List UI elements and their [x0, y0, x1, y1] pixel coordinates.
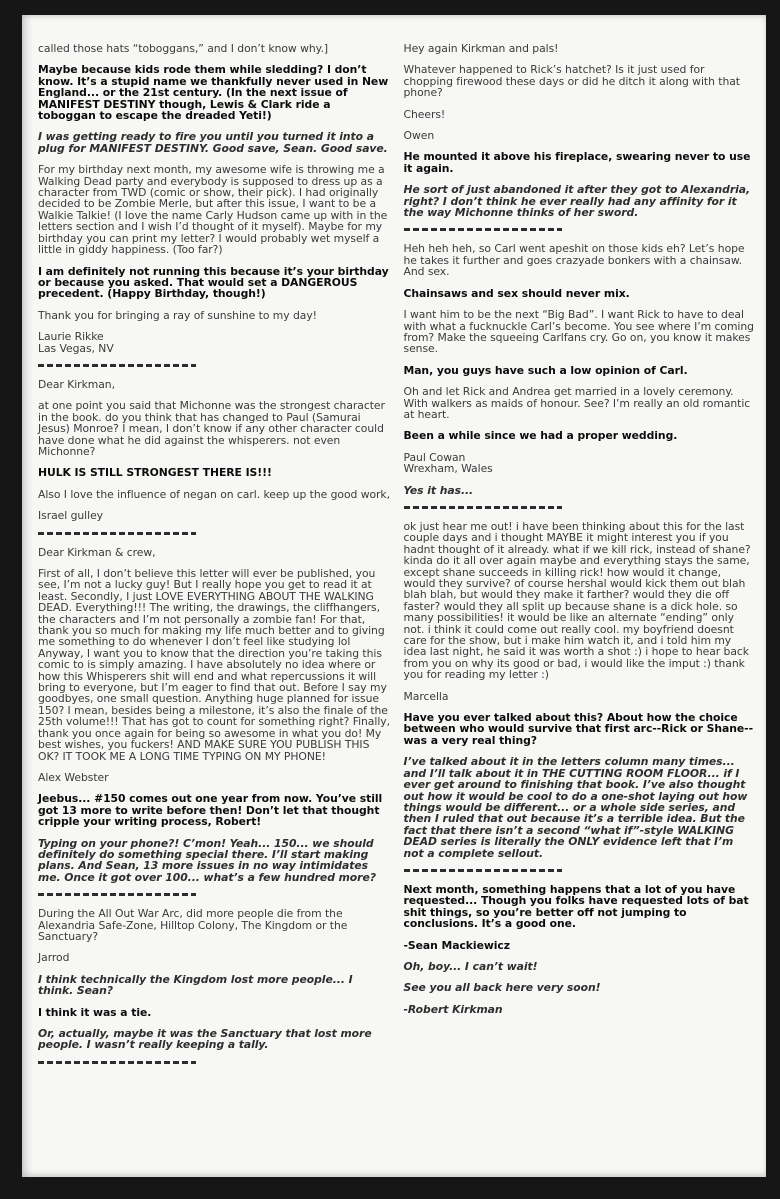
- sean-response-text: Been a while since we had a proper weddi…: [404, 430, 757, 441]
- sean-response-text: -Sean Mackiewicz: [404, 940, 757, 951]
- letter-text: Thank you for bringing a ray of sunshine…: [38, 310, 391, 321]
- letter-text: ok just hear me out! i have been thinkin…: [404, 521, 757, 681]
- section-divider: [38, 1061, 196, 1064]
- letter-text: Owen: [404, 130, 757, 141]
- letter-text: Israel gulley: [38, 510, 391, 521]
- letter-text: Alex Webster: [38, 772, 391, 783]
- letter-text: Jarrod: [38, 952, 391, 963]
- sean-response-text: HULK IS STILL STRONGEST THERE IS!!!: [38, 467, 391, 478]
- section-divider: [404, 228, 562, 231]
- letters-page: called those hats “toboggans,” and I don…: [22, 15, 766, 1177]
- letter-text: Also I love the influence of negan on ca…: [38, 489, 391, 500]
- sean-response-text: I think it was a tie.: [38, 1007, 391, 1018]
- letters-column-right: Hey again Kirkman and pals!Whatever happ…: [404, 43, 757, 1076]
- section-divider: [38, 532, 196, 535]
- letter-text: For my birthday next month, my awesome w…: [38, 164, 391, 255]
- letter-text: called those hats “toboggans,” and I don…: [38, 43, 391, 54]
- letter-text: Whatever happened to Rick’s hatchet? Is …: [404, 64, 757, 98]
- letter-text: Laurie Rikke Las Vegas, NV: [38, 331, 391, 354]
- letters-column-left: called those hats “toboggans,” and I don…: [38, 43, 391, 1076]
- robert-response-text: Yes it has...: [404, 485, 757, 496]
- robert-response-text: He sort of just abandoned it after they …: [404, 184, 757, 218]
- sean-response-text: I am definitely not running this because…: [38, 266, 391, 300]
- letter-text: Dear Kirkman & crew,: [38, 547, 391, 558]
- letter-text: Heh heh heh, so Carl went apeshit on tho…: [404, 243, 757, 277]
- section-divider: [38, 893, 196, 896]
- letter-text: at one point you said that Michonne was …: [38, 400, 391, 457]
- robert-response-text: Or, actually, maybe it was the Sanctuary…: [38, 1028, 391, 1051]
- sean-response-text: He mounted it above his fireplace, swear…: [404, 151, 757, 174]
- robert-response-text: See you all back here very soon!: [404, 982, 757, 993]
- robert-response-text: Typing on your phone?! C’mon! Yeah... 15…: [38, 838, 391, 884]
- letter-text: Cheers!: [404, 109, 757, 120]
- robert-response-text: I was getting ready to fire you until yo…: [38, 131, 391, 154]
- sean-response-text: Chainsaws and sex should never mix.: [404, 288, 757, 299]
- letter-text: Hey again Kirkman and pals!: [404, 43, 757, 54]
- sean-response-text: Next month, something happens that a lot…: [404, 884, 757, 930]
- letter-text: Oh and let Rick and Andrea get married i…: [404, 386, 757, 420]
- sean-response-text: Maybe because kids rode them while sledd…: [38, 64, 391, 121]
- letter-text: During the All Out War Arc, did more peo…: [38, 908, 391, 942]
- robert-response-text: -Robert Kirkman: [404, 1004, 757, 1015]
- section-divider: [404, 869, 562, 872]
- sean-response-text: Man, you guys have such a low opinion of…: [404, 365, 757, 376]
- letter-text: First of all, I don’t believe this lette…: [38, 568, 391, 762]
- letters-columns: called those hats “toboggans,” and I don…: [38, 43, 756, 1076]
- letter-text: Marcella: [404, 691, 757, 702]
- letter-text: Dear Kirkman,: [38, 379, 391, 390]
- letter-text: I want him to be the next “Big Bad”. I w…: [404, 309, 757, 355]
- section-divider: [38, 364, 196, 367]
- section-divider: [404, 506, 562, 509]
- sean-response-text: Jeebus... #150 comes out one year from n…: [38, 793, 391, 827]
- robert-response-text: I’ve talked about it in the letters colu…: [404, 756, 757, 859]
- robert-response-text: I think technically the Kingdom lost mor…: [38, 974, 391, 997]
- robert-response-text: Oh, boy... I can’t wait!: [404, 961, 757, 972]
- letter-text: Paul Cowan Wrexham, Wales: [404, 452, 757, 475]
- sean-response-text: Have you ever talked about this? About h…: [404, 712, 757, 746]
